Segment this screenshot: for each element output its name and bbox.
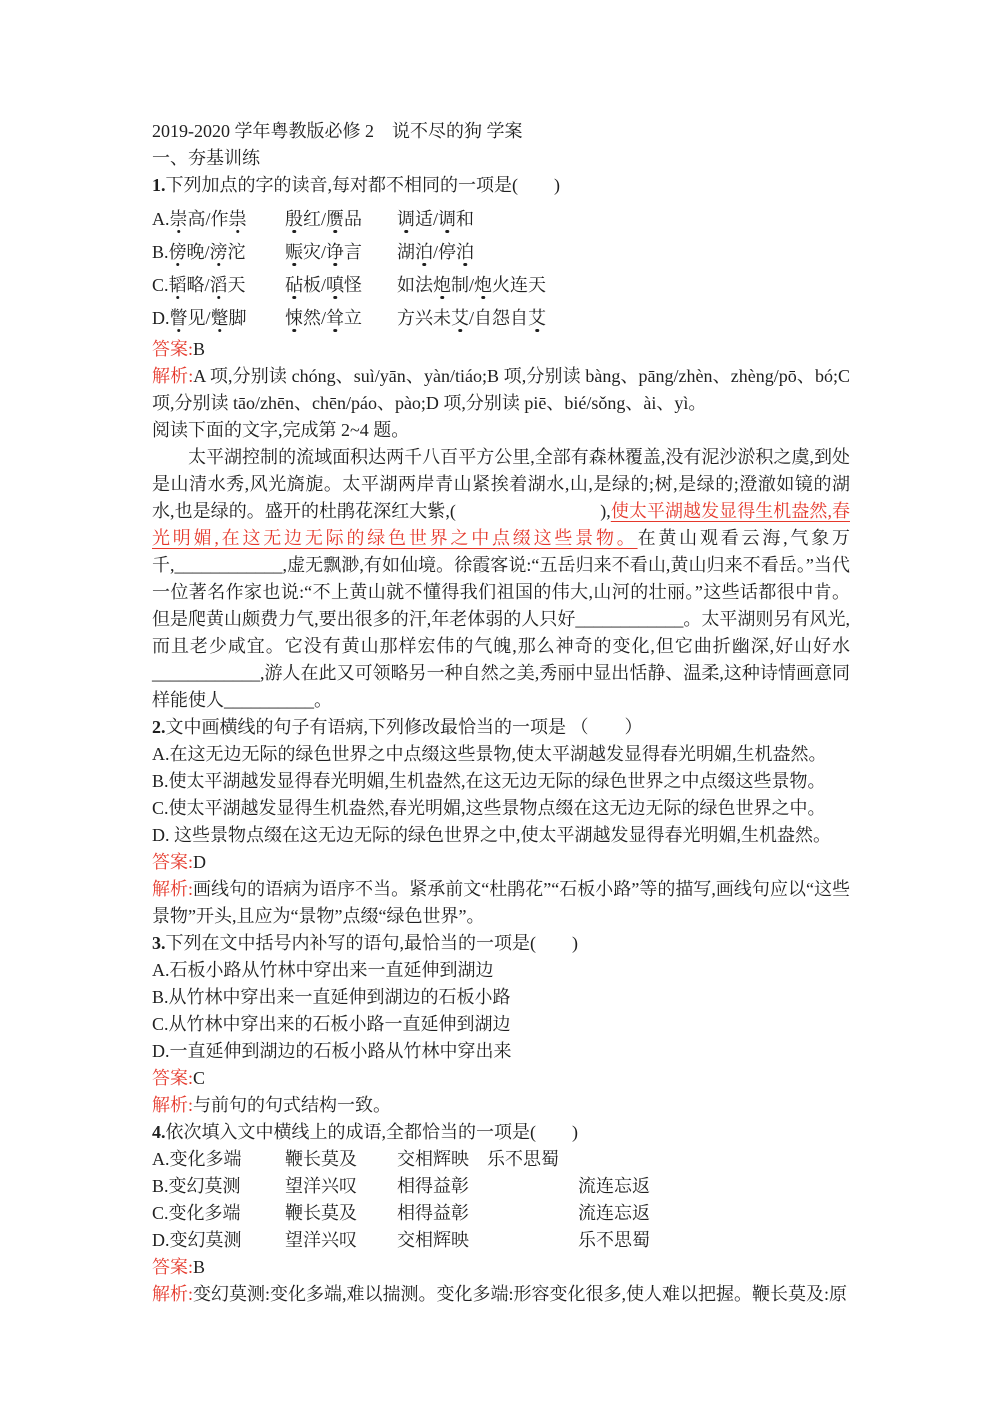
q2-option-b: B.使太平湖越发显得春光明媚,生机盎然,在这无边无际的绿色世界之中点缀这些景物。: [152, 768, 850, 795]
q4-analysis: 解析:变幻莫测:变化多端,难以揣测。变化多端:形容变化很多,使人难以把握。鞭长莫…: [152, 1281, 850, 1308]
q3-number: 3.: [152, 933, 166, 953]
q4-option-b: B.变幻莫测 望洋兴叹 相得益彰 流连忘返: [152, 1173, 850, 1200]
q1-stem-text: 下列加点的字的读音,每对都不相同的一项是( ): [166, 175, 561, 195]
q2-option-c: C.使太平湖越发显得生机盎然,春光明媚,这些景物点缀在这无边无际的绿色世界之中。: [152, 795, 850, 822]
q1-stem: 1.下列加点的字的读音,每对都不相同的一项是( ): [152, 172, 850, 199]
analysis-label: 解析:: [152, 879, 193, 899]
section-heading: 一、夯基训练: [152, 145, 850, 172]
reading-intro: 阅读下面的文字,完成第 2~4 题。: [152, 417, 850, 444]
q1-option-c-pair-2: 砧板/嗔怪: [285, 269, 397, 302]
q2-analysis-text: 画线句的语病为语序不当。紧承前文“杜鹃花”“石板小路”等的描写,画线句应以“这些…: [152, 879, 850, 926]
q1-option-a-label: A.: [152, 209, 170, 229]
q1-option-b-pair-1: 傍晚/滂沱: [169, 242, 246, 262]
q2-stem: 2.文中画横线的句子有语病,下列修改最恰当的一项是 （ ）: [152, 714, 850, 741]
q4-stem: 4.依次填入文中横线上的成语,全都恰当的一项是( ): [152, 1119, 850, 1146]
doc-title: 2019-2020 学年粤教版必修 2 说不尽的狗 学案: [152, 118, 850, 145]
q2-answer-value: D: [193, 852, 206, 872]
passage-text: 太平湖控制的流域面积达两千八百平方公里,全部有森林覆盖,没有泥沙淤积之虞,到处是…: [152, 444, 850, 714]
q1-option-c: C.韬略/滔天 砧板/嗔怪 如法炮制/炮火连天: [152, 269, 850, 302]
q1-option-b-pair-3: 湖泊/停泊: [397, 236, 474, 269]
q3-option-b: B.从竹林中穿出来一直延伸到湖边的石板小路: [152, 984, 850, 1011]
q1-option-a-pair-3: 调适/调和: [397, 203, 474, 236]
q1-option-d-pair-2: 悚然/耸立: [285, 302, 397, 335]
analysis-label: 解析:: [152, 1095, 193, 1115]
q1-answer-value: B: [193, 339, 205, 359]
q1-option-d-pair-3: 方兴未艾/自怨自艾: [397, 302, 546, 335]
q3-analysis-text: 与前句的句式结构一致。: [193, 1095, 391, 1115]
q1-option-c-pair-3: 如法炮制/炮火连天: [397, 269, 546, 302]
q3-stem-text: 下列在文中括号内补写的语句,最恰当的一项是( ): [166, 933, 579, 953]
document-page: 2019-2020 学年粤教版必修 2 说不尽的狗 学案 一、夯基训练 1.下列…: [0, 0, 1000, 1414]
q1-answer: 答案:B: [152, 336, 850, 363]
q1-option-d: D.瞥见/蹩脚 悚然/耸立 方兴未艾/自怨自艾: [152, 302, 850, 335]
q4-analysis-text: 变幻莫测:变化多端,难以揣测。变化多端:形容变化很多,使人难以把握。鞭长莫及:原: [193, 1284, 847, 1304]
q1-number: 1.: [152, 175, 166, 195]
q3-option-c: C.从竹林中穿出来的石板小路一直延伸到湖边: [152, 1011, 850, 1038]
q3-option-d: D.一直延伸到湖边的石板小路从竹林中穿出来: [152, 1038, 850, 1065]
q4-option-d: D.变幻莫测 望洋兴叹 交相辉映 乐不思蜀: [152, 1227, 850, 1254]
q1-options: A.崇高/作祟 殷红/赝品 调适/调和 B.傍晚/滂沱 赈灾/诤言 湖泊/停泊 …: [152, 203, 850, 335]
q4-answer-value: B: [193, 1257, 205, 1277]
q1-analysis-text: A 项,分别读 chóng、suì/yān、yàn/tiáo;B 项,分别读 b…: [152, 366, 850, 413]
answer-label: 答案:: [152, 852, 193, 872]
q2-stem-text: 文中画横线的句子有语病,下列修改最恰当的一项是 （ ）: [166, 717, 643, 737]
q2-option-d: D. 这些景物点缀在这无边无际的绿色世界之中,使太平湖越发显得春光明媚,生机盎然…: [152, 822, 850, 849]
q1-option-b: B.傍晚/滂沱 赈灾/诤言 湖泊/停泊: [152, 236, 850, 269]
q1-option-d-label: D.: [152, 308, 170, 328]
q1-option-b-label: B.: [152, 242, 169, 262]
analysis-label: 解析:: [152, 1284, 193, 1304]
q3-option-a: A.石板小路从竹林中穿出来一直延伸到湖边: [152, 957, 850, 984]
answer-label: 答案:: [152, 1257, 193, 1277]
q2-number: 2.: [152, 717, 166, 737]
q3-answer-value: C: [193, 1068, 205, 1088]
q1-option-a: A.崇高/作祟 殷红/赝品 调适/调和: [152, 203, 850, 236]
q4-stem-text: 依次填入文中横线上的成语,全都恰当的一项是( ): [166, 1122, 579, 1142]
q1-option-a-pair-2: 殷红/赝品: [285, 203, 397, 236]
q1-option-c-pair-1: 韬略/滔天: [169, 275, 246, 295]
q4-option-a: A.变化多端 鞭长莫及 交相辉映 乐不思蜀: [152, 1146, 850, 1173]
q3-answer: 答案:C: [152, 1065, 850, 1092]
q4-number: 4.: [152, 1122, 166, 1142]
q2-option-a: A.在这无边无际的绿色世界之中点缀这些景物,使太平湖越发显得春光明媚,生机盎然。: [152, 741, 850, 768]
q4-answer: 答案:B: [152, 1254, 850, 1281]
q1-option-b-pair-2: 赈灾/诤言: [285, 236, 397, 269]
q1-option-c-label: C.: [152, 275, 169, 295]
q2-analysis: 解析:画线句的语病为语序不当。紧承前文“杜鹃花”“石板小路”等的描写,画线句应以…: [152, 876, 850, 930]
q1-option-d-pair-1: 瞥见/蹩脚: [170, 308, 247, 328]
q1-option-a-pair-1: 崇高/作祟: [170, 209, 247, 229]
q3-stem: 3.下列在文中括号内补写的语句,最恰当的一项是( ): [152, 930, 850, 957]
answer-label: 答案:: [152, 339, 193, 359]
q4-option-c: C.变化多端 鞭长莫及 相得益彰 流连忘返: [152, 1200, 850, 1227]
analysis-label: 解析:: [152, 366, 193, 386]
q1-analysis: 解析:A 项,分别读 chóng、suì/yān、yàn/tiáo;B 项,分别…: [152, 363, 850, 417]
q3-analysis: 解析:与前句的句式结构一致。: [152, 1092, 850, 1119]
q2-answer: 答案:D: [152, 849, 850, 876]
answer-label: 答案:: [152, 1068, 193, 1088]
